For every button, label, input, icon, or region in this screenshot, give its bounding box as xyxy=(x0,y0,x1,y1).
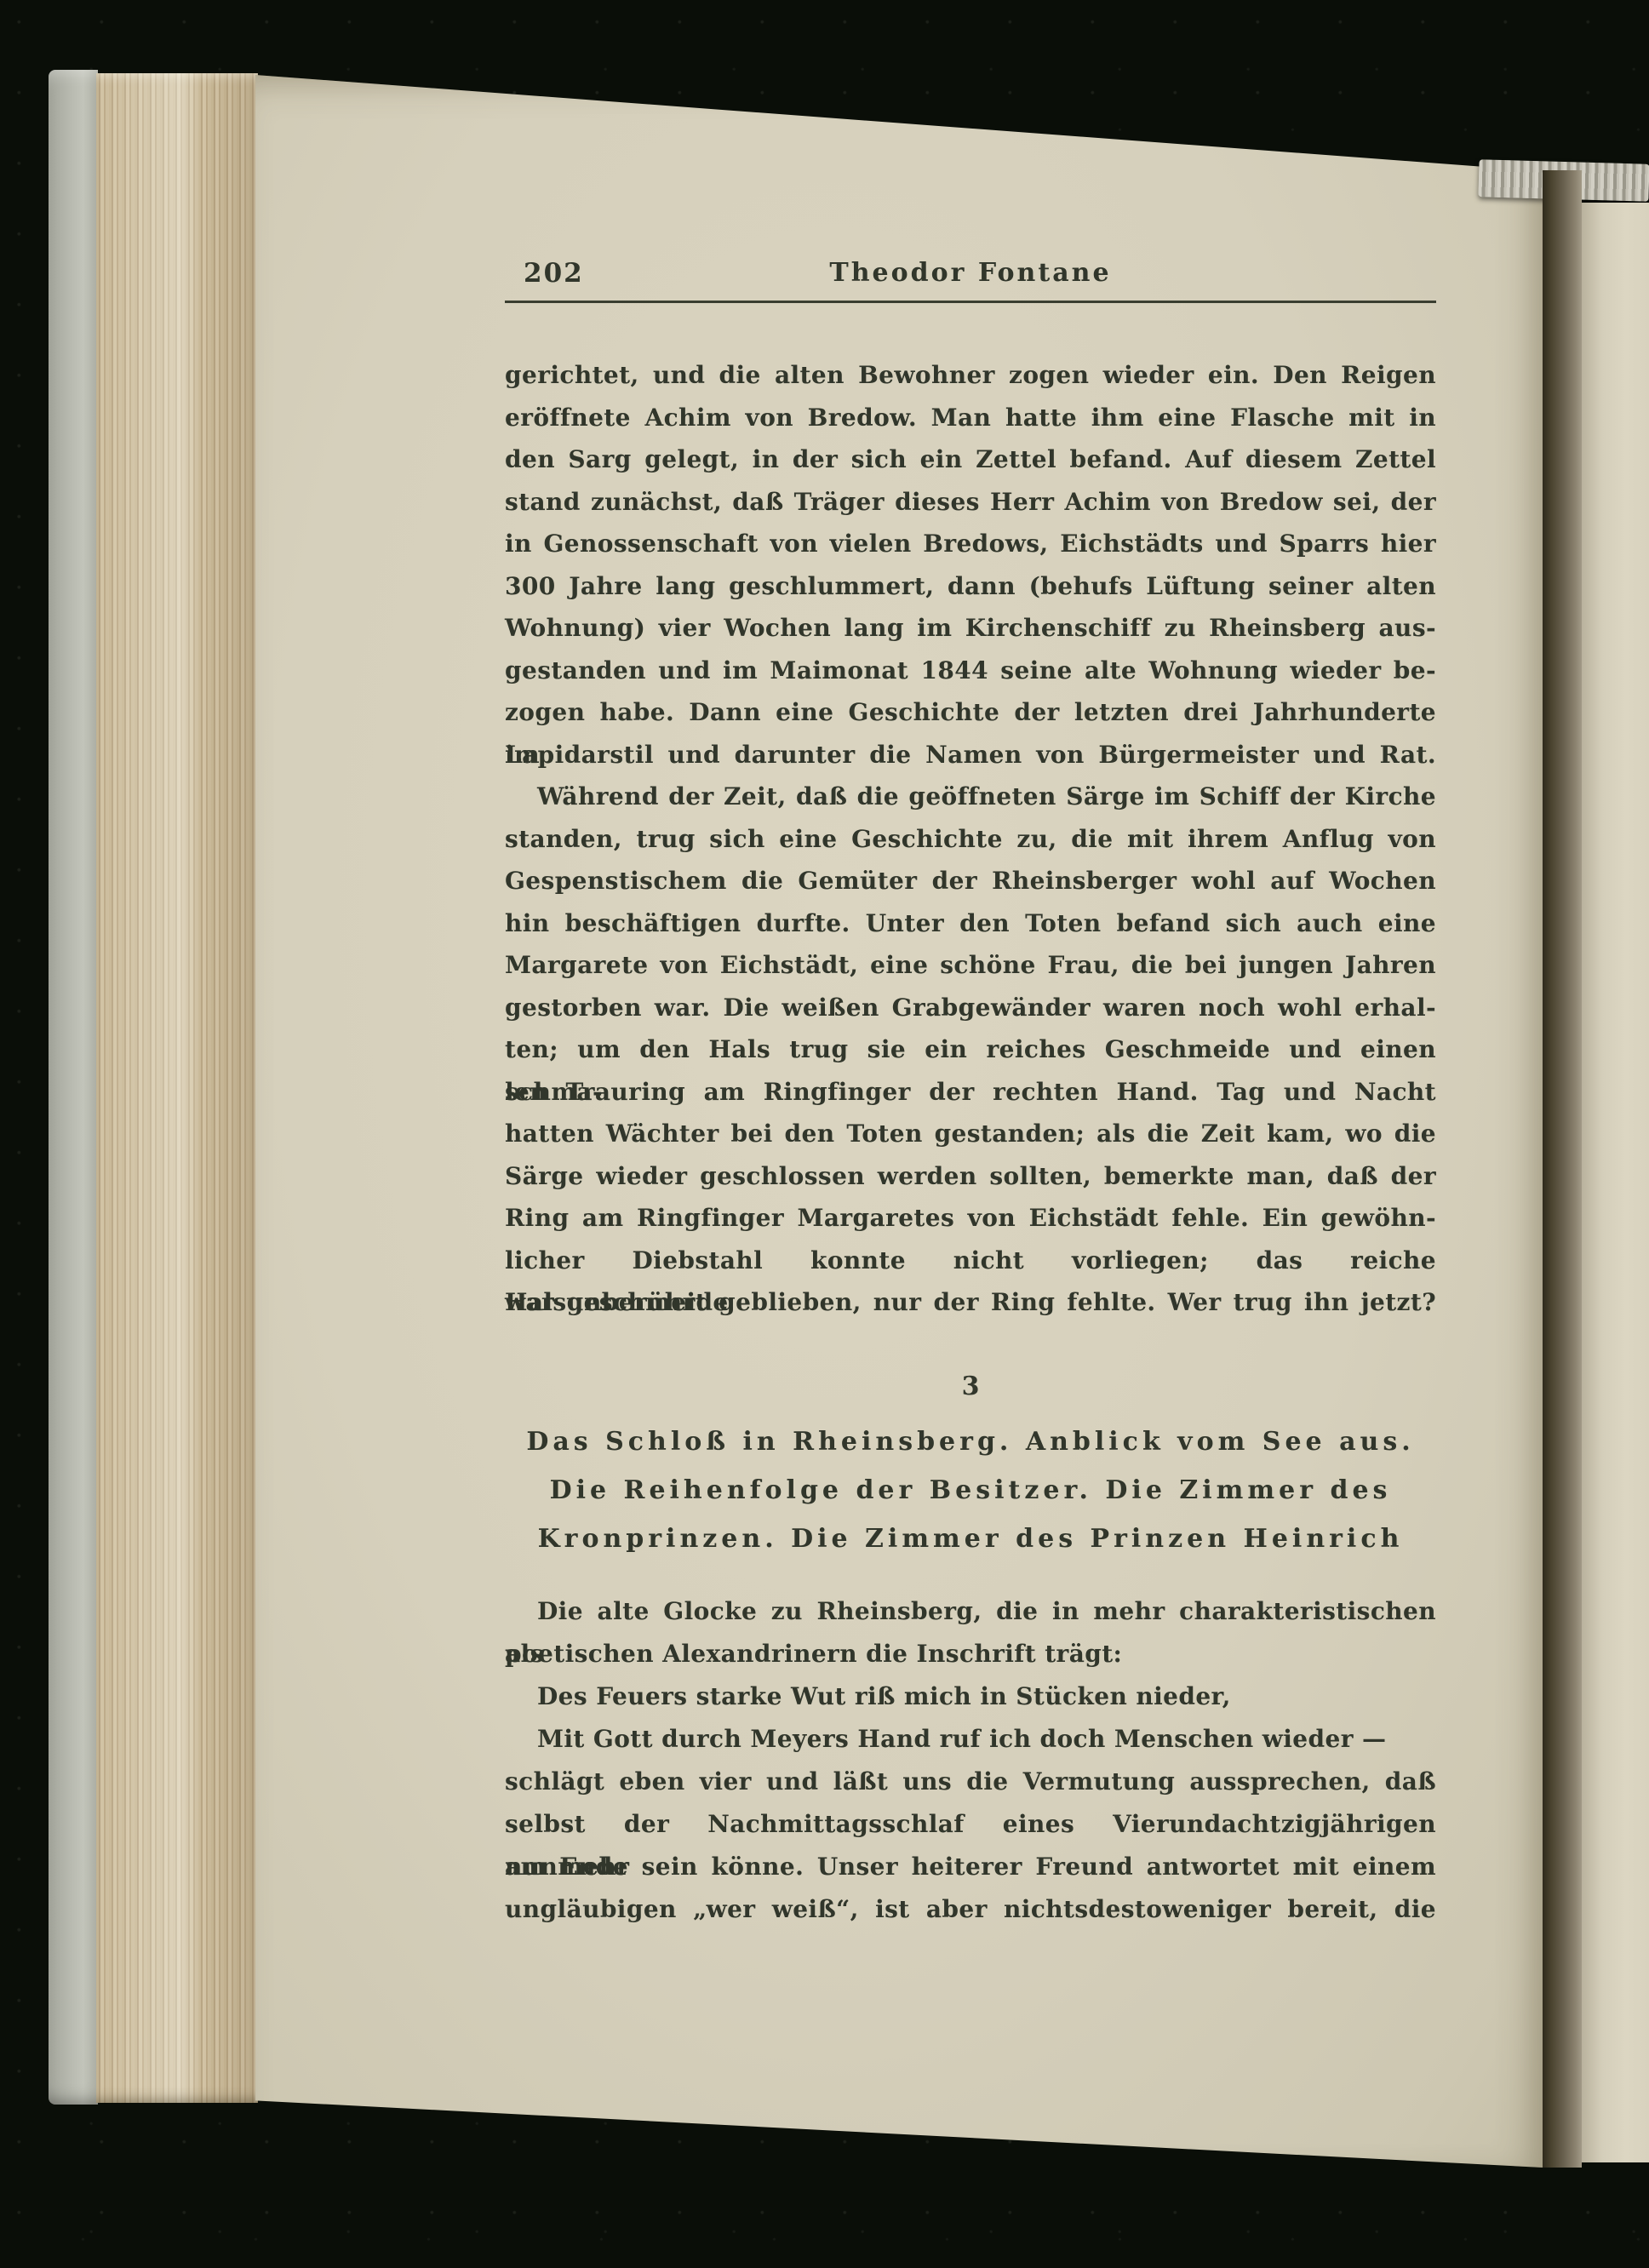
text-line: war unberührt geblieben, nur der Ring fe… xyxy=(505,1281,1436,1324)
text-line: len Trauring am Ringfinger der rechten H… xyxy=(505,1071,1436,1114)
section-heading-line: Die Reihenfolge der Besitzer. Die Zimmer… xyxy=(505,1466,1436,1515)
text-line: in Genossenschaft von vielen Bredows, Ei… xyxy=(505,523,1436,565)
text-line: stand zunächst, daß Träger dieses Herr A… xyxy=(505,481,1436,524)
gutter-shadow xyxy=(1543,170,1582,2168)
text-line: licher Diebstahl konnte nicht vorliegen;… xyxy=(505,1240,1436,1282)
text-line: Ring am Ringfinger Margaretes von Eichst… xyxy=(505,1197,1436,1240)
text-line: gestanden und im Maimonat 1844 seine alt… xyxy=(505,650,1436,692)
running-header-title: Theodor Fontane xyxy=(505,258,1436,288)
text-line: hin beschäftigen durfte. Unter den Toten… xyxy=(505,902,1436,945)
section-heading-line: Kronprinzen. Die Zimmer des Prinzen Hein… xyxy=(505,1515,1436,1563)
text-line: Gespenstischem die Gemüter der Rheinsber… xyxy=(505,860,1436,902)
text-line: Mit Gott durch Meyers Hand ruf ich doch … xyxy=(505,1718,1436,1761)
section-number: 3 xyxy=(505,1368,1436,1406)
text-line: Die alte Glocke zu Rheinsberg, die in me… xyxy=(505,1590,1436,1633)
text-line: 300 Jahre lang geschlummert, dann (behuf… xyxy=(505,565,1436,608)
text-line: schlägt eben vier und läßt uns die Vermu… xyxy=(505,1761,1436,1803)
header-rule xyxy=(505,301,1436,303)
text-line: ungläubigen „wer weiß“, ist aber nichtsd… xyxy=(505,1888,1436,1931)
photo-dark-background: { "header": { "page_number": "202", "run… xyxy=(0,0,1649,2268)
facing-page-edge xyxy=(1582,203,1649,2162)
text-line: Des Feuers starke Wut riß mich in Stücke… xyxy=(505,1675,1436,1718)
section-heading: Das Schloß in Rheinsberg. Anblick vom Se… xyxy=(505,1417,1436,1563)
text-line: ten; um den Hals trug sie ein reiches Ge… xyxy=(505,1028,1436,1071)
page-header: 202 Theodor Fontane xyxy=(505,258,1436,297)
text-line: gerichtet, und die alten Bewohner zogen … xyxy=(505,354,1436,397)
text-line: Wohnung) vier Wochen lang im Kirchenschi… xyxy=(505,607,1436,650)
text-line: hatten Wächter bei den Toten gestanden; … xyxy=(505,1113,1436,1155)
text-line: selbst der Nachmittagsschlaf eines Vieru… xyxy=(505,1803,1436,1846)
text-line: Särge wieder geschlossen werden sollten,… xyxy=(505,1155,1436,1198)
book-cover-edge xyxy=(49,70,98,2105)
text-line: standen, trug sich eine Geschichte zu, d… xyxy=(505,818,1436,861)
text-line: Lapidarstil und darunter die Namen von B… xyxy=(505,734,1436,776)
section-heading-line: Das Schloß in Rheinsberg. Anblick vom Se… xyxy=(505,1417,1436,1466)
narrative-paragraph-block: gerichtet, und die alten Bewohner zogen … xyxy=(505,354,1436,1324)
text-line: Margarete von Eichstädt, eine schöne Fra… xyxy=(505,944,1436,987)
text-line: gestorben war. Die weißen Grabgewänder w… xyxy=(505,987,1436,1029)
closing-paragraph-block: Die alte Glocke zu Rheinsberg, die in me… xyxy=(505,1590,1436,1931)
page-fore-edge-stack xyxy=(96,73,258,2103)
text-line: eröffnete Achim von Bredow. Man hatte ih… xyxy=(505,397,1436,439)
text-line: poetischen Alexandrinern die Inschrift t… xyxy=(505,1633,1436,1675)
text-line: den Sarg gelegt, in der sich ein Zettel … xyxy=(505,438,1436,481)
text-line: Während der Zeit, daß die geöffneten Sär… xyxy=(505,776,1436,818)
printed-text-block: 202 Theodor Fontane gerichtet, und die a… xyxy=(505,258,1436,1931)
text-line: zogen habe. Dann eine Geschichte der let… xyxy=(505,691,1436,734)
text-line: am Ende sein könne. Unser heiterer Freun… xyxy=(505,1846,1436,1888)
